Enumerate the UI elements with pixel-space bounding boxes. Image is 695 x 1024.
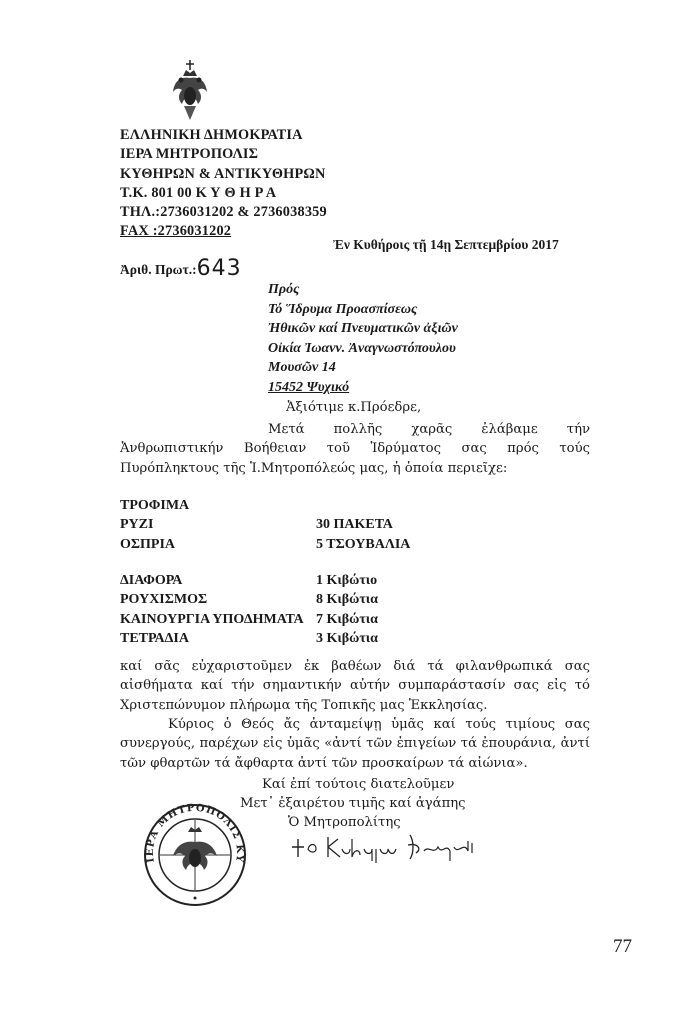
- items-list-food: ΤΡΟΦΙΜΑ ΡΥΖΙ30 ΠΑΚΕΤΑ ΟΣΠΡΙΑ 5 ΤΣΟΥΒΑΛΙΑ: [120, 496, 189, 554]
- item-row: ΤΡΟΦΙΜΑ: [120, 496, 189, 515]
- item-row: ΔΙΑΦΟΡΑ 1 Κιβώτιο: [120, 571, 304, 590]
- protocol-value: 643: [197, 256, 242, 281]
- item-name: ΡΟΥΧΙΣΜΟΣ: [120, 592, 207, 607]
- item-qty: 30 ΠΑΚΕΤΑ: [316, 515, 393, 534]
- double-headed-eagle-icon: [170, 58, 210, 126]
- recipient-line: 15452 Ψυχικό: [268, 378, 458, 398]
- protocol-label: Ἀριθ. Πρωτ.:: [120, 262, 197, 277]
- item-name: ΡΥΖΙ: [120, 517, 153, 532]
- body-paragraph-1: Μετά πολλῆς χαρᾶς ἐλάβαμε τήν Ἀνθρωπιστι…: [120, 420, 590, 478]
- body-paragraph-3: Κύριος ὁ Θεός ἄς ἀνταμείψῃ ὑμᾶς καί τούς…: [120, 715, 590, 773]
- item-row: ΚΑΙΝΟΥΡΓΙΑ ΥΠΟΔΗΜΑΤΑ7 Κιβώτια: [120, 610, 304, 629]
- item-name: ΟΣΠΡΙΑ: [120, 537, 175, 552]
- item-qty: 8 Κιβώτια: [316, 590, 378, 609]
- closing-line-1: Καί ἐπί τούτοις διατελοῦμεν: [262, 775, 454, 794]
- signature: † ὁ Κυθήρων Σεραφείμ: [288, 829, 478, 865]
- item-name: ΚΑΙΝΟΥΡΓΙΑ ΥΠΟΔΗΜΑΤΑ: [120, 612, 304, 627]
- metropolis-seal-icon: ΙΕΡΑ ΜΗΤΡΟΠΟΛΙΣ ΚΥΘΗΡΩΝ: [140, 800, 250, 910]
- items-list-misc: ΔΙΑΦΟΡΑ 1 Κιβώτιο ΡΟΥΧΙΣΜΟΣ8 Κιβώτια ΚΑΙ…: [120, 571, 304, 648]
- letterhead: ΕΛΛΗΝΙΚΗ ΔΗΜΟΚΡΑΤΙΑ ΙΕΡΑ ΜΗΤΡΟΠΟΛΙΣ ΚΥΘΗ…: [120, 126, 327, 242]
- recipient-line: Οἰκία Ἰωανν. Ἀναγνωστόπουλου: [268, 339, 458, 359]
- letterhead-country: ΕΛΛΗΝΙΚΗ ΔΗΜΟΚΡΑΤΙΑ: [120, 126, 327, 145]
- item-row: ΡΥΖΙ30 ΠΑΚΕΤΑ: [120, 515, 189, 534]
- item-row: ΟΣΠΡΙΑ 5 ΤΣΟΥΒΑΛΙΑ: [120, 535, 189, 554]
- page-number: 77: [613, 936, 632, 958]
- item-qty: 7 Κιβώτια: [316, 610, 378, 629]
- recipient-line: Τό Ἵδρυμα Προασπίσεως: [268, 300, 458, 320]
- item-name: ΔΙΑΦΟΡΑ: [120, 573, 182, 588]
- salutation: Ἀξιότιμε κ.Πρόεδρε,: [286, 400, 421, 415]
- recipient-line: Πρός: [268, 280, 458, 300]
- letterhead-metropolis: ΙΕΡΑ ΜΗΤΡΟΠΟΛΙΣ: [120, 145, 327, 164]
- closing-line-2: Μετ᾽ ἐξαιρέτου τιμῆς καί ἀγάπης: [240, 794, 466, 813]
- letterhead-postcode: Τ.Κ. 801 00 Κ Υ Θ Η Ρ Α: [120, 184, 327, 203]
- item-qty: 5 ΤΣΟΥΒΑΛΙΑ: [316, 535, 410, 554]
- body-paragraph-2: καί σᾶς εὐχαριστοῦμεν ἐκ βαθέων διά τά φ…: [120, 657, 590, 715]
- protocol-number: Ἀριθ. Πρωτ.:643: [120, 256, 242, 281]
- recipient-line: Μουσῶν 14: [268, 358, 458, 378]
- item-name: ΤΕΤΡΑΔΙΑ: [120, 631, 189, 646]
- item-qty: 1 Κιβώτιο: [316, 571, 377, 590]
- letterhead-diocese: ΚΥΘΗΡΩΝ & ΑΝΤΙΚΥΘΗΡΩΝ: [120, 165, 327, 184]
- paragraph-3-text: Κύριος ὁ Θεός ἄς ἀνταμείψῃ ὑμᾶς καί τούς…: [120, 717, 590, 771]
- item-name: ΤΡΟΦΙΜΑ: [120, 498, 189, 513]
- item-row: ΤΕΤΡΑΔΙΑ3 Κιβώτια: [120, 629, 304, 648]
- date-line: Ἐν Κυθήροις τῇ 14ῃ Σεπτεμβρίου 2017: [333, 237, 559, 253]
- item-row: ΡΟΥΧΙΣΜΟΣ8 Κιβώτια: [120, 590, 304, 609]
- letterhead-phone: ΤΗΛ.:2736031202 & 2736038359: [120, 203, 327, 222]
- letterhead-fax: FAX :2736031202: [120, 222, 327, 241]
- item-qty: 3 Κιβώτια: [316, 629, 378, 648]
- recipient-address: Πρός Τό Ἵδρυμα Προασπίσεως Ἠθικῶν καί Πν…: [268, 280, 458, 397]
- recipient-line: Ἠθικῶν καί Πνευματικῶν ἀξιῶν: [268, 319, 458, 339]
